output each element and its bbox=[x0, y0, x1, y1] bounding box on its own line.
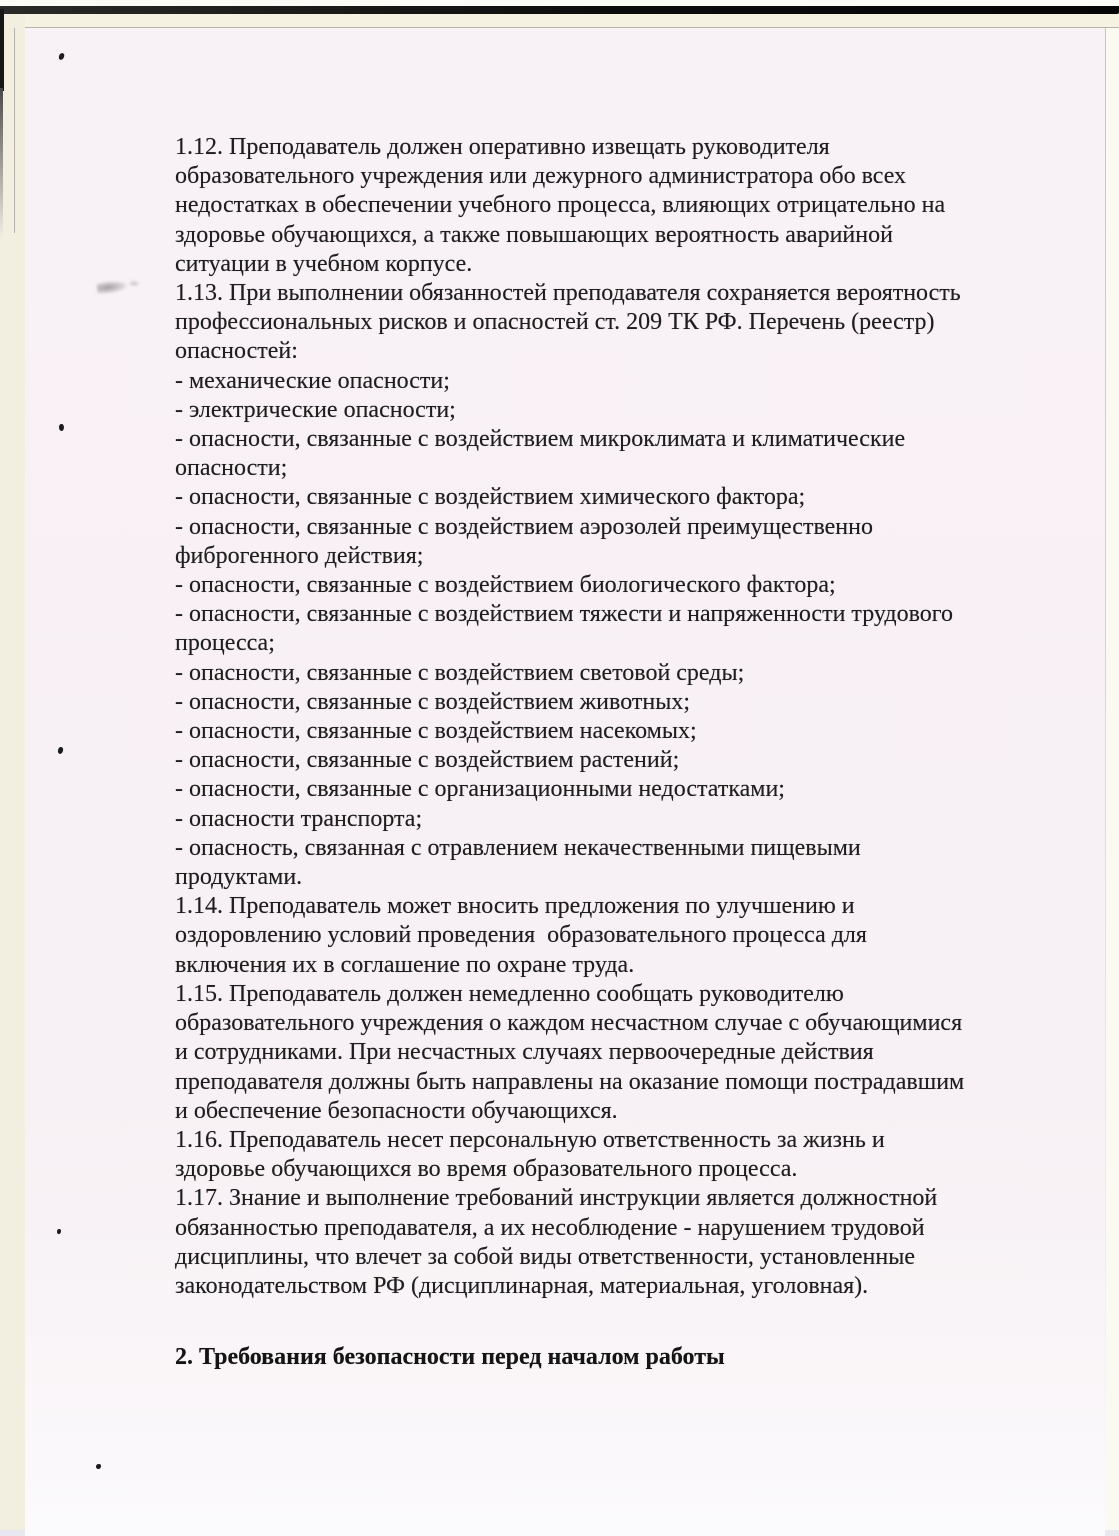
text-line: - электрические опасности; bbox=[175, 396, 1055, 425]
page-right-edge bbox=[1106, 28, 1119, 1536]
text-line: преподавателя должны быть направлены на … bbox=[175, 1068, 1055, 1097]
scanner-edge-bar bbox=[0, 6, 1119, 14]
scan-left-gray-mark bbox=[0, 88, 3, 238]
text-line: образовательного учреждения или дежурног… bbox=[175, 162, 1055, 191]
text-line: 1.13. При выполнении обязанностей препод… bbox=[175, 279, 1055, 308]
page-left-edge bbox=[0, 14, 25, 1536]
text-line: - опасности, связанные с воздействием аэ… bbox=[175, 513, 1055, 542]
text-line: - опасности, связанные с воздействием св… bbox=[175, 659, 1055, 688]
text-line: - опасности, связанные с воздействием хи… bbox=[175, 483, 1055, 512]
text-line: процесса; bbox=[175, 629, 1055, 658]
text-line: - опасность, связанная с отравлением нек… bbox=[175, 834, 1055, 863]
text-line: - опасности, связанные с воздействием тя… bbox=[175, 600, 1055, 629]
text-line: - опасности, связанные с организационным… bbox=[175, 775, 1055, 804]
document-lines: 1.12. Преподаватель должен оперативно из… bbox=[175, 133, 1055, 1301]
text-line: опасностей: bbox=[175, 337, 1055, 366]
document-text: 1.12. Преподаватель должен оперативно из… bbox=[175, 133, 1055, 1372]
section-heading: 2. Требования безопасности перед началом… bbox=[175, 1343, 1055, 1372]
text-line: - опасности, связанные с воздействием на… bbox=[175, 717, 1055, 746]
text-line: и сотрудниками. При несчастных случаях п… bbox=[175, 1038, 1055, 1067]
paper-sheet: 1.12. Преподаватель должен оперативно из… bbox=[25, 28, 1105, 1536]
text-line: обязанностью преподавателя, а их несоблю… bbox=[175, 1214, 1055, 1243]
text-line: 1.17. Знание и выполнение требований инс… bbox=[175, 1184, 1055, 1213]
text-line: включения их в соглашение по охране труд… bbox=[175, 951, 1055, 980]
text-line: - механические опасности; bbox=[175, 367, 1055, 396]
text-line: 1.16. Преподаватель несет персональную о… bbox=[175, 1126, 1055, 1155]
text-line: здоровье обучающихся, а также повышающих… bbox=[175, 221, 1055, 250]
scanned-page: 1.12. Преподаватель должен оперативно из… bbox=[0, 0, 1119, 1536]
scan-left-black-mark bbox=[0, 9, 4, 91]
text-line: здоровье обучающихся во время образовате… bbox=[175, 1155, 1055, 1184]
text-line: - опасности, связанные с воздействием ра… bbox=[175, 746, 1055, 775]
text-line: - опасности, связанные с воздействием ми… bbox=[175, 425, 1055, 454]
text-line: 1.14. Преподаватель может вносить предло… bbox=[175, 892, 1055, 921]
scan-smudge bbox=[128, 280, 140, 287]
text-line: 1.12. Преподаватель должен оперативно из… bbox=[175, 133, 1055, 162]
text-line: образовательного учреждения о каждом нес… bbox=[175, 1009, 1055, 1038]
text-line: продуктами. bbox=[175, 863, 1055, 892]
text-line: оздоровлению условий проведения образова… bbox=[175, 921, 1055, 950]
text-line: профессиональных рисков и опасностей ст.… bbox=[175, 308, 1055, 337]
text-line: дисциплины, что влечет за собой виды отв… bbox=[175, 1243, 1055, 1272]
text-line: ситуации в учебном корпусе. bbox=[175, 250, 1055, 279]
text-line: - опасности транспорта; bbox=[175, 805, 1055, 834]
text-line: фиброгенного действия; bbox=[175, 542, 1055, 571]
text-line: законодательством РФ (дисциплинарная, ма… bbox=[175, 1272, 1055, 1301]
page-top-edge bbox=[0, 14, 1119, 28]
text-line: опасности; bbox=[175, 454, 1055, 483]
text-line: - опасности, связанные с воздействием жи… bbox=[175, 688, 1055, 717]
paper-left-edge-line bbox=[14, 28, 15, 233]
text-line: и обеспечение безопасности обучающихся. bbox=[175, 1097, 1055, 1126]
text-line: 1.15. Преподаватель должен немедленно со… bbox=[175, 980, 1055, 1009]
text-line: - опасности, связанные с воздействием би… bbox=[175, 571, 1055, 600]
text-line: недостатках в обеспечении учебного проце… bbox=[175, 191, 1055, 220]
